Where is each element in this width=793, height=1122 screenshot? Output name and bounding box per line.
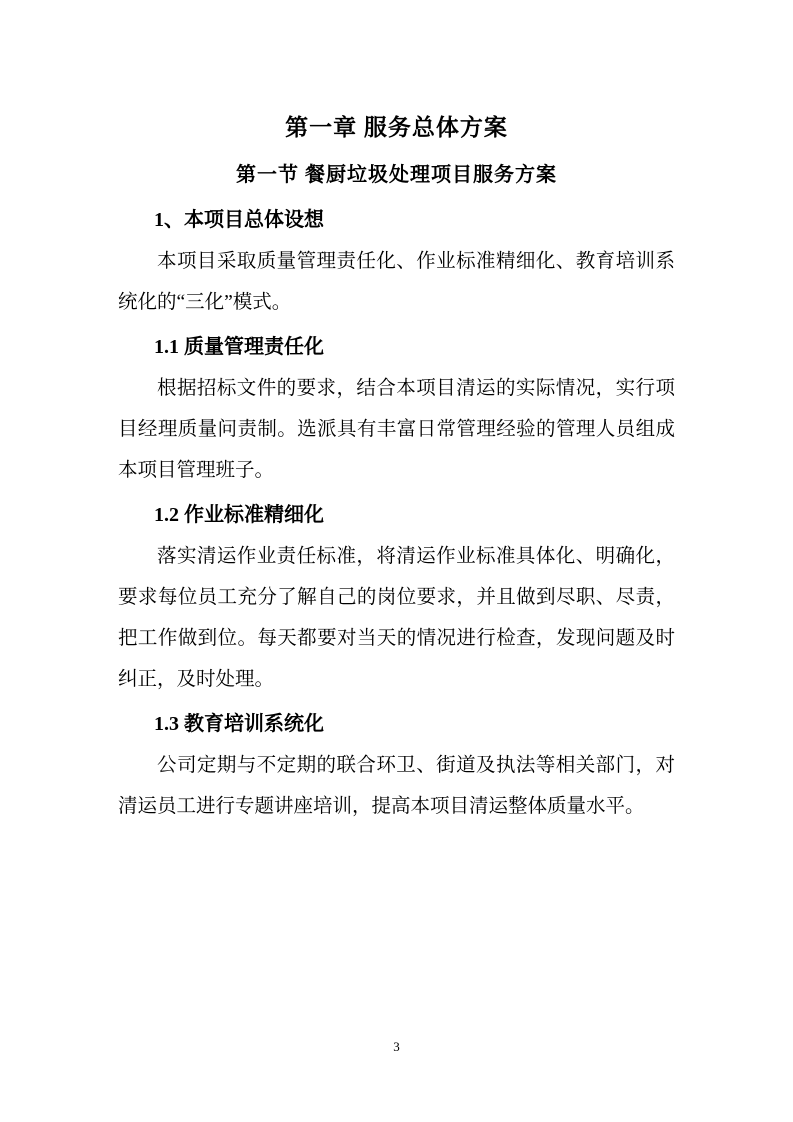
section-heading-1: 1、本项目总体设想 (118, 200, 675, 241)
doc-section: 1、本项目总体设想 本项目采取质量管理责任化、作业标准精细化、教育培训系统化的“… (118, 200, 675, 323)
document-page: 第一章 服务总体方案 第一节 餐厨垃圾处理项目服务方案 1、本项目总体设想 本项… (0, 0, 793, 1122)
paragraph: 根据招标文件的要求，结合本项目清运的实际情况，实行项目经理质量问责制。选派具有丰… (118, 368, 675, 491)
paragraph: 公司定期与不定期的联合环卫、街道及执法等相关部门，对清运员工进行专题讲座培训，提… (118, 745, 675, 827)
paragraph: 本项目采取质量管理责任化、作业标准精细化、教育培训系统化的“三化”模式。 (118, 241, 675, 323)
doc-section: 1.2 作业标准精细化 落实清运作业责任标准，将清运作业标准具体化、明确化，要求… (118, 495, 675, 700)
section-heading-1-3: 1.3 教育培训系统化 (118, 704, 675, 745)
section-title: 第一节 餐厨垃圾处理项目服务方案 (118, 155, 675, 196)
doc-section: 1.1 质量管理责任化 根据招标文件的要求，结合本项目清运的实际情况，实行项目经… (118, 327, 675, 491)
section-heading-1-2: 1.2 作业标准精细化 (118, 495, 675, 536)
page-number: 3 (0, 1038, 793, 1056)
page-content: 第一章 服务总体方案 第一节 餐厨垃圾处理项目服务方案 1、本项目总体设想 本项… (118, 107, 675, 827)
paragraph: 落实清运作业责任标准，将清运作业标准具体化、明确化，要求每位员工充分了解自己的岗… (118, 536, 675, 700)
section-heading-1-1: 1.1 质量管理责任化 (118, 327, 675, 368)
chapter-title: 第一章 服务总体方案 (118, 107, 675, 148)
doc-section: 1.3 教育培训系统化 公司定期与不定期的联合环卫、街道及执法等相关部门，对清运… (118, 704, 675, 827)
